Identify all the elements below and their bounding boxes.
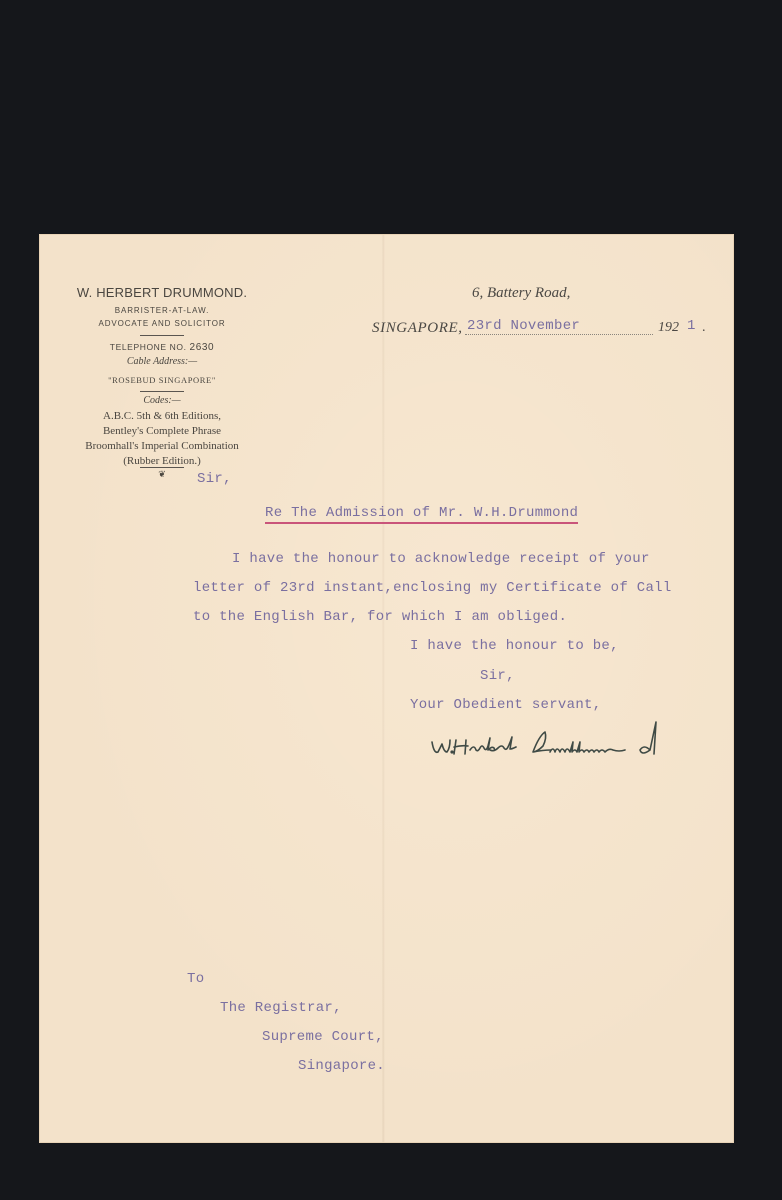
- letterhead-divider: [140, 335, 184, 336]
- date-dotted-line: [465, 334, 653, 335]
- closing-line: Sir,: [480, 668, 515, 684]
- body-line: I have the honour to acknowledge receipt…: [232, 551, 650, 567]
- letterhead-divider: [140, 467, 184, 468]
- subject-line: Re The Admission of Mr. W.H.Drummond: [265, 505, 578, 524]
- letter-page: W. HERBERT DRUMMOND. BARRISTER-AT-LAW. A…: [40, 235, 733, 1142]
- cable-address: "ROSEBUD SINGAPORE": [62, 375, 262, 385]
- letterhead-name: W. HERBERT DRUMMOND.: [62, 285, 262, 300]
- street-address: 6, Battery Road,: [472, 285, 570, 302]
- cable-address-label: Cable Address:—: [62, 356, 262, 367]
- closing-line: I have the honour to be,: [410, 638, 619, 654]
- closing-line: Your Obedient servant,: [410, 697, 601, 713]
- handwritten-signature: [428, 720, 668, 770]
- letter-date: 23rd November: [467, 318, 580, 334]
- letterhead-divider: [140, 391, 184, 392]
- year-suffix: .: [702, 320, 706, 336]
- letterhead-title-advocate: ADVOCATE AND SOLICITOR: [62, 319, 262, 328]
- recipient-line: Supreme Court,: [262, 1029, 384, 1045]
- code-item: Bentley's Complete Phrase: [62, 424, 262, 439]
- recipient-line: Singapore.: [298, 1058, 385, 1074]
- telephone-label: TELEPHONE NO.: [110, 342, 187, 352]
- year-typed: 1: [687, 318, 696, 334]
- letterhead-telephone: TELEPHONE NO. 2630: [62, 342, 262, 353]
- codes-list: A.B.C. 5th & 6th Editions, Bentley's Com…: [62, 409, 262, 469]
- letterhead-title-barrister: BARRISTER-AT-LAW.: [62, 306, 262, 315]
- salutation: Sir,: [197, 471, 232, 487]
- recipient-line: The Registrar,: [220, 1000, 342, 1016]
- codes-label: Codes:—: [62, 395, 262, 406]
- code-item: Broomhall's Imperial Combination: [62, 439, 262, 454]
- city-label: SINGAPORE,: [372, 320, 463, 337]
- body-line: to the English Bar, for which I am oblig…: [193, 609, 567, 625]
- telephone-number: 2630: [190, 342, 215, 353]
- code-item: A.B.C. 5th & 6th Editions,: [62, 409, 262, 424]
- ornament-icon: ❦: [62, 469, 262, 480]
- year-printed: 192: [658, 320, 679, 336]
- body-line: letter of 23rd instant,enclosing my Cert…: [193, 580, 672, 596]
- recipient-to-label: To: [187, 971, 204, 987]
